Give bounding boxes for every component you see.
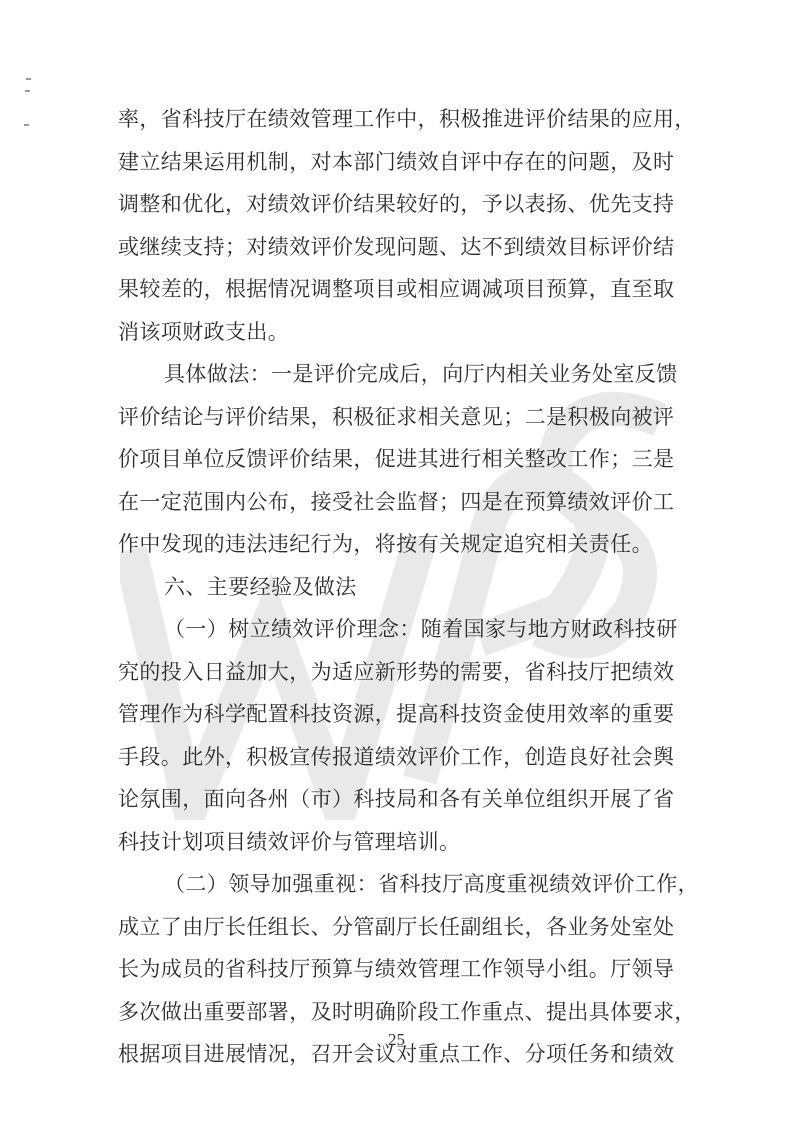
text-line: 评价结论与评价结果，积极征求相关意见；二是积极向被评 xyxy=(118,396,684,439)
text-line: 手段。此外，积极宣传报道绩效评价工作，创造良好社会舆 xyxy=(118,736,684,779)
text-line: 调整和优化，对绩效评价结果较好的，予以表扬、优先支持 xyxy=(118,183,684,226)
text-line: 根据项目进展情况，召开会议对重点工作、分项任务和绩效 xyxy=(118,1033,684,1076)
text-line: 或继续支持；对绩效评价发现问题、达不到绩效目标评价结 xyxy=(118,226,684,269)
text-line: 多次做出重要部署，及时明确阶段工作重点、提出具体要求， xyxy=(118,991,684,1034)
section-heading: 六、主要经验及做法 xyxy=(118,566,684,609)
paragraph-start-line: （一）树立绩效评价理念：随着国家与地方财政科技研 xyxy=(118,608,684,651)
text-line: 论氛围，面向各州（市）科技局和各有关单位组织开展了省 xyxy=(118,778,684,821)
text-line: 在一定范围内公布，接受社会监督；四是在预算绩效评价工 xyxy=(118,481,684,524)
text-line: 长为成员的省科技厅预算与绩效管理工作领导小组。厅领导 xyxy=(118,948,684,991)
text-line: 价项目单位反馈评价结果，促进其进行相关整改工作；三是 xyxy=(118,438,684,481)
text-line: 消该项财政支出。 xyxy=(118,311,684,354)
scan-mark xyxy=(26,78,31,80)
scan-mark xyxy=(25,90,30,92)
text-line: 果较差的，根据情况调整项目或相应调减项目预算，直至取 xyxy=(118,268,684,311)
text-line: 究的投入日益加大，为适应新形势的需要，省科技厅把绩效 xyxy=(118,651,684,694)
text-line: 作中发现的违法违纪行为，将按有关规定追究相关责任。 xyxy=(118,523,684,566)
document-body: 率，省科技厅在绩效管理工作中，积极推进评价结果的应用， 建立结果运用机制，对本部… xyxy=(118,98,684,1076)
text-line: 建立结果运用机制，对本部门绩效自评中存在的问题，及时 xyxy=(118,141,684,184)
text-line: 科技计划项目绩效评价与管理培训。 xyxy=(118,821,684,864)
text-line: 成立了由厅长任组长、分管副厅长任副组长，各业务处室处 xyxy=(118,906,684,949)
paragraph-start-line: （二）领导加强重视：省科技厅高度重视绩效评价工作， xyxy=(118,863,684,906)
text-line: 管理作为科学配置科技资源，提高科技资金使用效率的重要 xyxy=(118,693,684,736)
text-line: 率，省科技厅在绩效管理工作中，积极推进评价结果的应用， xyxy=(118,98,684,141)
scan-margin-marks xyxy=(24,76,34,136)
paragraph-start-line: 具体做法：一是评价完成后，向厅内相关业务处室反馈 xyxy=(118,353,684,396)
scan-mark xyxy=(24,124,29,126)
